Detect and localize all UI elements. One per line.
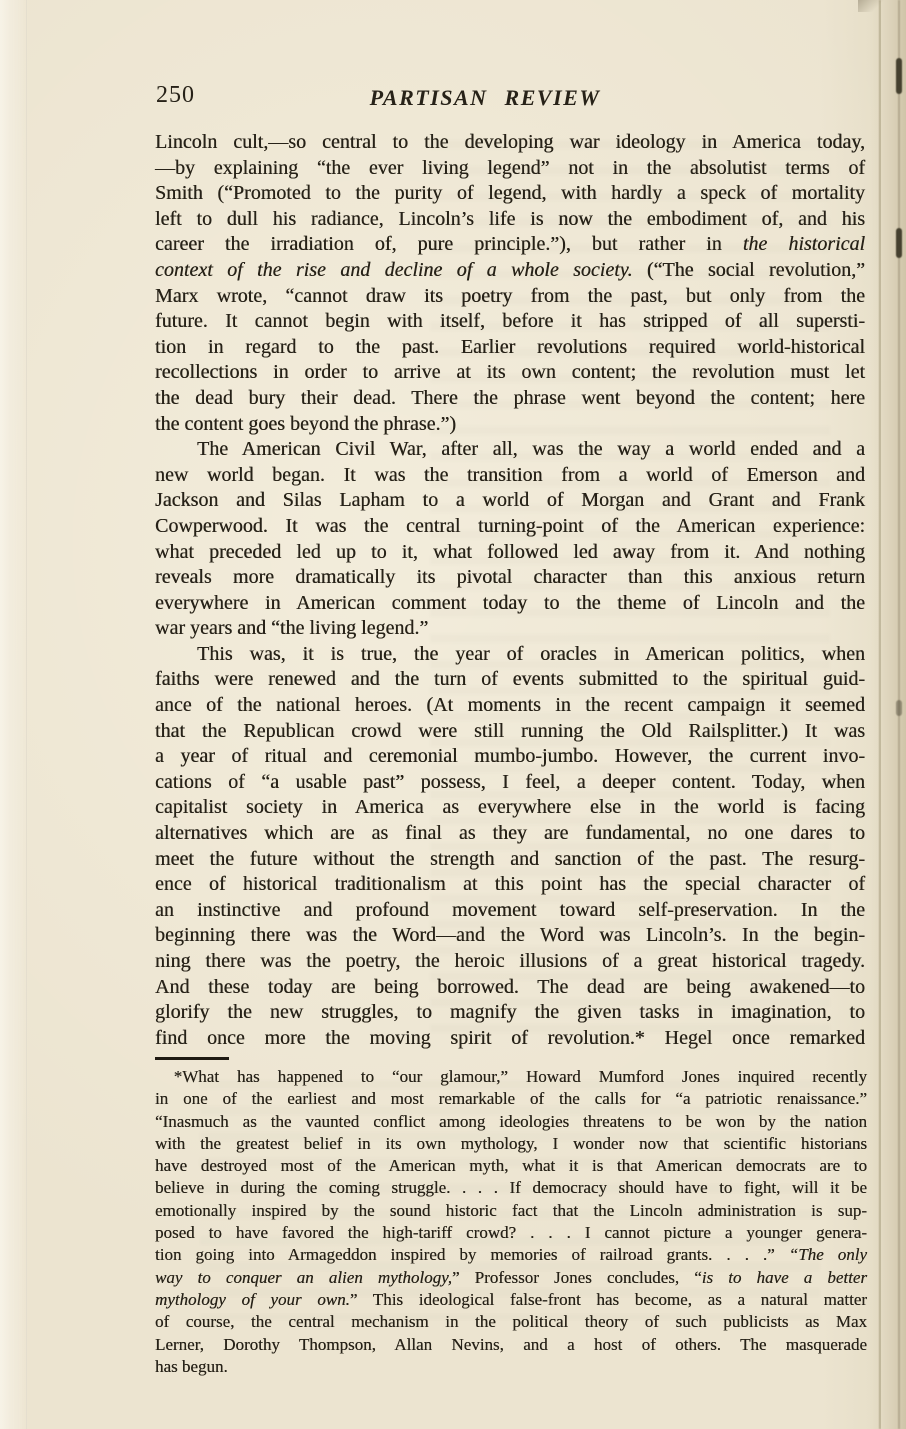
text-line: of course, the central mechanism in the … bbox=[155, 1311, 867, 1333]
text-line: *What has happened to “our glamour,” How… bbox=[155, 1066, 867, 1088]
text-line: faiths were renewed and the turn of even… bbox=[155, 667, 865, 693]
text-line: tion going into Armageddon inspired by m… bbox=[155, 1244, 867, 1266]
text-line: career the irradiation of, pure principl… bbox=[155, 232, 865, 258]
text-line: in one of the earliest and most remarkab… bbox=[155, 1088, 867, 1110]
text-line: —by explaining “the ever living legend” … bbox=[155, 156, 865, 182]
text-line: ance of the national heroes. (At moments… bbox=[155, 693, 865, 719]
corner-shadow bbox=[858, 0, 884, 12]
text-line: Jackson and Silas Lapham to a world of M… bbox=[155, 488, 865, 514]
text-line: that the Republican crowd were still run… bbox=[155, 719, 865, 745]
text-line: recollections in order to arrive at its … bbox=[155, 360, 865, 386]
page-right-edge bbox=[881, 0, 906, 1429]
text-line: emotionally inspired by the sound histor… bbox=[155, 1200, 867, 1222]
text-line: future. It cannot begin with itself, bef… bbox=[155, 309, 865, 335]
footnote-rule bbox=[155, 1057, 229, 1060]
text-line: Marx wrote, “cannot draw its poetry from… bbox=[155, 284, 865, 310]
text-line: the content goes beyond the phrase.”) bbox=[155, 412, 865, 438]
text-line: believe in during the coming struggle. .… bbox=[155, 1177, 867, 1199]
edge-mark bbox=[896, 700, 902, 716]
body-text: Lincoln cult,—so central to the developi… bbox=[155, 130, 865, 1051]
text-line: the dead bury their dead. There the phra… bbox=[155, 386, 865, 412]
edge-mark bbox=[896, 228, 902, 258]
text-line: everywhere in American comment today to … bbox=[155, 591, 865, 617]
text-line: with the greatest belief in its own myth… bbox=[155, 1133, 867, 1155]
text-line: have destroyed most of the American myth… bbox=[155, 1155, 867, 1177]
text-line: beginning there was the Word—and the Wor… bbox=[155, 923, 865, 949]
text-line: tion in regard to the past. Earlier revo… bbox=[155, 335, 865, 361]
text-line: mythology of your own.” This ideological… bbox=[155, 1289, 867, 1311]
text-line: This was, it is true, the year of oracle… bbox=[155, 642, 865, 668]
journal-title: PARTISAN REVIEW bbox=[155, 85, 815, 111]
text-line: Cowperwood. It was the central turning-p… bbox=[155, 514, 865, 540]
text-line: left to dull his radiance, Lincoln’s lif… bbox=[155, 207, 865, 233]
text-line: an instinctive and profound movement tow… bbox=[155, 898, 865, 924]
page-left-edge bbox=[0, 0, 27, 1429]
text-line: posed to have favored the high-tariff cr… bbox=[155, 1222, 867, 1244]
text-line: way to conquer an alien mythology,” Prof… bbox=[155, 1267, 867, 1289]
text-line: reveals more dramatically its pivotal ch… bbox=[155, 565, 865, 591]
text-line: has begun. bbox=[155, 1356, 867, 1378]
text-line: ning there was the poetry, the heroic il… bbox=[155, 949, 865, 975]
edge-mark bbox=[896, 58, 902, 94]
text-line: ence of historical traditionalism at thi… bbox=[155, 872, 865, 898]
text-line: capitalist society in America as everywh… bbox=[155, 795, 865, 821]
text-line: The American Civil War, after all, was t… bbox=[155, 437, 865, 463]
text-line: what preceded led up to it, what followe… bbox=[155, 540, 865, 566]
text-line: meet the future without the strength and… bbox=[155, 847, 865, 873]
text-line: war years and “the living legend.” bbox=[155, 616, 865, 642]
text-line: glorify the new struggles, to magnify th… bbox=[155, 1000, 865, 1026]
text-line: Smith (“Promoted to the purity of legend… bbox=[155, 181, 865, 207]
text-line: And these today are being borrowed. The … bbox=[155, 975, 865, 1001]
text-line: new world began. It was the transition f… bbox=[155, 463, 865, 489]
footnote-text: *What has happened to “our glamour,” How… bbox=[155, 1066, 867, 1378]
text-line: find once more the moving spirit of revo… bbox=[155, 1026, 865, 1052]
scanned-page: 250 PARTISAN REVIEW Lincoln cult,—so cen… bbox=[0, 0, 906, 1429]
text-line: Lerner, Dorothy Thompson, Allan Nevins, … bbox=[155, 1334, 867, 1356]
text-line: “Inasmuch as the vaunted conflict among … bbox=[155, 1111, 867, 1133]
text-line: context of the rise and decline of a who… bbox=[155, 258, 865, 284]
text-line: cations of “a usable past” possess, I fe… bbox=[155, 770, 865, 796]
text-line: alternatives which are as final as they … bbox=[155, 821, 865, 847]
text-line: a year of ritual and ceremonial mumbo-ju… bbox=[155, 744, 865, 770]
text-line: Lincoln cult,—so central to the developi… bbox=[155, 130, 865, 156]
